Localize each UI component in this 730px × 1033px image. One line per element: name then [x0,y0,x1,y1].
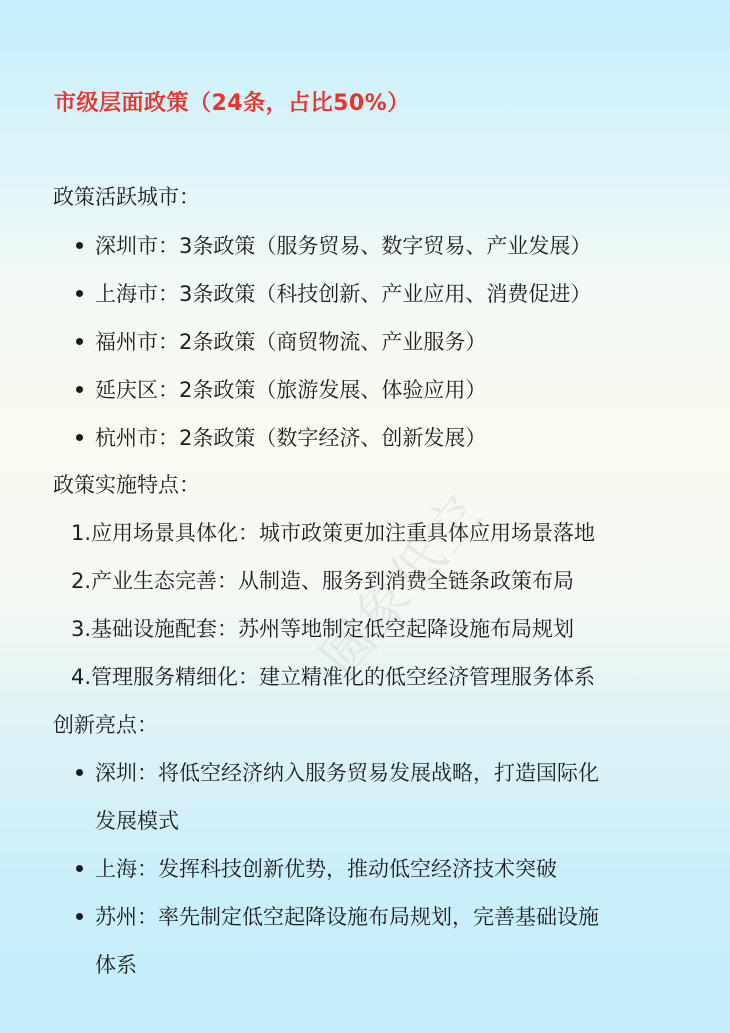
bullet-icon [76,338,83,345]
bullet-icon [76,242,83,249]
highlight-item-suzhou-cont: 体系 [95,949,137,979]
bullet-icon [76,769,83,776]
highlight-item-shenzhen: 深圳：将低空经济纳入服务贸易发展战略，打造国际化 [76,757,599,787]
document-page: 市级层面政策（24条，占比50%） 政策活跃城市： 深圳市：3条政策（服务贸易、… [0,0,730,1033]
city-item-fuzhou: 福州市：2条政策（商贸物流、产业服务） [76,326,486,356]
feature-item-1: 1.应用场景具体化：城市政策更加注重具体应用场景落地 [71,517,595,547]
feature-item-4: 4.管理服务精细化：建立精准化的低空经济管理服务体系 [71,661,595,691]
bullet-icon [76,386,83,393]
city-item-yanqing: 延庆区：2条政策（旅游发展、体验应用） [76,374,486,404]
highlight-item-suzhou: 苏州：率先制定低空起降设施布局规划，完善基础设施 [76,901,599,931]
feature-item-2: 2.产业生态完善：从制造、服务到消费全链条政策布局 [71,565,574,595]
bullet-icon [76,290,83,297]
section-title: 市级层面政策（24条，占比50%） [54,86,410,117]
highlights-heading: 创新亮点： [53,709,158,739]
city-item-shenzhen: 深圳市：3条政策（服务贸易、数字贸易、产业发展） [76,230,591,260]
city-item-hangzhou: 杭州市：2条政策（数字经济、创新发展） [76,422,486,452]
features-heading: 政策实施特点： [53,469,200,499]
bullet-icon [76,913,83,920]
highlight-item-shenzhen-cont: 发展模式 [95,805,179,835]
highlight-item-shanghai: 上海：发挥科技创新优势，推动低空经济技术突破 [76,853,557,883]
bullet-icon [76,865,83,872]
feature-item-3: 3.基础设施配套：苏州等地制定低空起降设施布局规划 [71,613,574,643]
active-cities-heading: 政策活跃城市： [53,181,200,211]
bullet-icon [76,434,83,441]
city-item-shanghai: 上海市：3条政策（科技创新、产业应用、消费促进） [76,278,591,308]
